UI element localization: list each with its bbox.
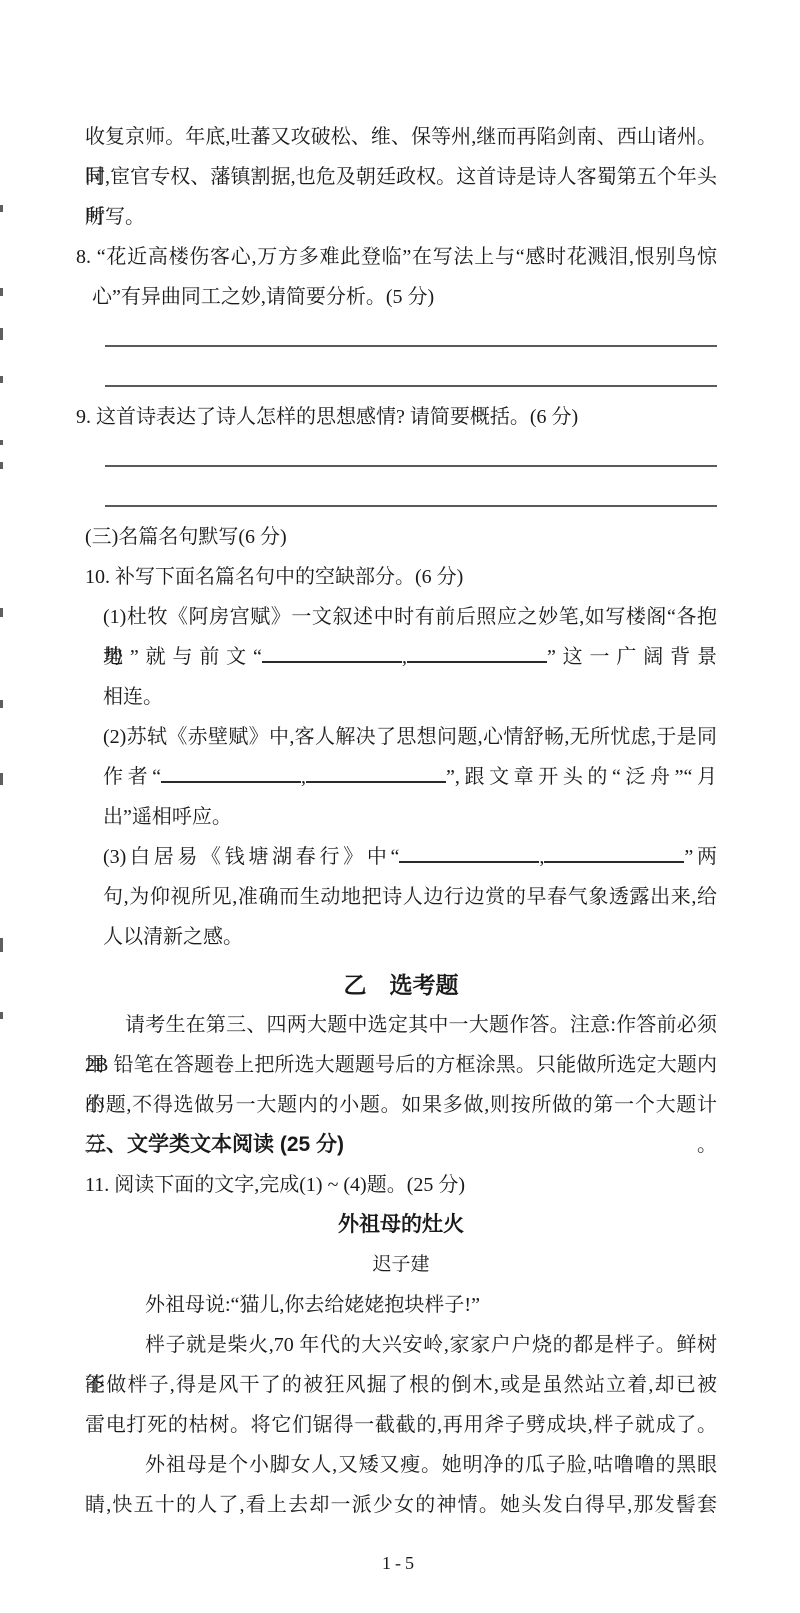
passage-title: 外祖母的灶火 [85, 1205, 717, 1245]
intro-line: 时,宦官专权、藩镇割据,也危及朝廷政权。这首诗是诗人客蜀第五个年头时 [85, 157, 717, 197]
answer-line [105, 317, 717, 357]
scan-artifact [0, 205, 3, 212]
fill-in-blank [407, 647, 547, 663]
scan-artifact [0, 288, 3, 296]
fill-in-blank [544, 847, 684, 863]
item-line: 作者“,”,跟文章开头的“泛舟”“月 [103, 757, 717, 797]
intro-paragraph: 收复京师。年底,吐蕃又攻破松、维、保等州,继而再陷剑南、西山诸州。同 时,宦官专… [85, 117, 717, 237]
passage-line: 能做柈子,得是风干了的被狂风掘了根的倒木,或是虽然站立着,却已被 [85, 1365, 717, 1405]
scan-artifact [0, 440, 3, 445]
passage-paragraph-3: 外祖母是个小脚女人,又矮又瘦。她明净的瓜子脸,咕噜噜的黑眼 睛,快五十的人了,看… [85, 1445, 717, 1525]
passage-line: 睛,快五十的人了,看上去却一派少女的神情。她头发白得早,那发髻套 [85, 1485, 717, 1525]
scan-artifact [0, 938, 3, 952]
scan-artifact [0, 376, 3, 383]
item-line: (2)苏轼《赤壁赋》中,客人解决了思想问题,心情舒畅,无所忧虑,于是同 [103, 717, 717, 757]
candidate-notice: 请考生在第三、四两大题中选定其中一大题作答。注意:作答前必须用 2B 铅笔在答题… [85, 1005, 717, 1125]
passage-paragraph-2: 柈子就是柴火,70 年代的大兴安岭,家家户户烧的都是柈子。鲜树不 能做柈子,得是… [85, 1325, 717, 1445]
question-8: 8. “花近高楼伤客心,万方多难此登临”在写法上与“感时花溅泪,恨别鸟惊 心”有… [76, 237, 717, 317]
question-8-line: 心”有异曲同工之妙,请简要分析。(5 分) [76, 277, 717, 317]
item-line: (3)白居易《钱塘湖春行》中“,”两 [103, 837, 717, 877]
scan-artifact [0, 1012, 3, 1019]
intro-line: 收复京师。年底,吐蕃又攻破松、维、保等州,继而再陷剑南、西山诸州。同 [85, 117, 717, 157]
fill-in-blank [161, 767, 301, 783]
item-text: 作者“ [103, 766, 161, 788]
page-number: 1-5 [0, 1543, 800, 1583]
part-b-heading: 乙 选考题 [85, 965, 717, 1005]
fill-in-blank [399, 847, 539, 863]
answer-line [105, 437, 717, 477]
scan-artifact [0, 328, 3, 340]
exam-page: 收复京师。年底,吐蕃又攻破松、维、保等州,继而再陷剑南、西山诸州。同 时,宦官专… [0, 0, 800, 1613]
item-text: ”,跟文章开头的“泛舟”“月 [446, 766, 717, 788]
section-3-heading: (三)名篇名句默写(6 分) [85, 517, 717, 557]
question-11-stem: 11. 阅读下面的文字,完成(1) ~ (4)题。(25 分) [85, 1165, 717, 1205]
question-9-line: 9. 这首诗表达了诗人怎样的思想感情? 请简要概括。(6 分) [76, 397, 717, 437]
scan-artifact [0, 773, 3, 785]
item-line: 相连。 [103, 677, 717, 717]
item-line: 出”遥相呼应。 [103, 797, 717, 837]
item-line: 人以清新之感。 [103, 917, 717, 957]
page-body: 收复京师。年底,吐蕃又攻破松、维、保等州,继而再陷剑南、西山诸州。同 时,宦官专… [85, 117, 717, 1525]
item-text: (3)白居易《钱塘湖春行》中“ [103, 846, 399, 868]
passage-line: 柈子就是柴火,70 年代的大兴安岭,家家户户烧的都是柈子。鲜树不 [85, 1325, 717, 1365]
item-line: 句,为仰视所见,准确而生动地把诗人边行边赏的早春气象透露出来,给 [103, 877, 717, 917]
question-10-item-1: (1)杜牧《阿房宫赋》一文叙述中时有前后照应之妙笔,如写楼阁“各抱地 势”就与前… [103, 597, 717, 717]
question-10-item-3: (3)白居易《钱塘湖春行》中“,”两 句,为仰视所见,准确而生动地把诗人边行边赏… [103, 837, 717, 957]
passage-line: 外祖母是个小脚女人,又矮又瘦。她明净的瓜子脸,咕噜噜的黑眼 [85, 1445, 717, 1485]
item-line: 势”就与前文“,”这一广阔背景 [103, 637, 717, 677]
notice-line: 请考生在第三、四两大题中选定其中一大题作答。注意:作答前必须用 [85, 1005, 717, 1045]
question-10-stem: 10. 补写下面名篇名句中的空缺部分。(6 分) [85, 557, 717, 597]
passage-line: 外祖母说:“猫儿,你去给姥姥抱块柈子!” [85, 1285, 717, 1325]
fill-in-blank [262, 647, 402, 663]
item-text: 势”就与前文“ [103, 646, 262, 668]
passage-line: 雷电打死的枯树。将它们锯得一截截的,再用斧子劈成块,柈子就成了。 [85, 1405, 717, 1445]
question-8-line: 8. “花近高楼伤客心,万方多难此登临”在写法上与“感时花溅泪,恨别鸟惊 [76, 237, 717, 277]
item-text: ”这一广阔背景 [547, 646, 717, 668]
question-10-item-2: (2)苏轼《赤壁赋》中,客人解决了思想问题,心情舒畅,无所忧虑,于是同 作者“,… [103, 717, 717, 837]
answer-line [105, 357, 717, 397]
scan-artifact [0, 608, 3, 617]
notice-line: 小题,不得选做另一大题内的小题。如果多做,则按所做的第一个大题计分。 [85, 1085, 717, 1125]
passage-author: 迟子建 [85, 1245, 717, 1285]
fill-in-blank [306, 767, 446, 783]
item-line: (1)杜牧《阿房宫赋》一文叙述中时有前后照应之妙笔,如写楼阁“各抱地 [103, 597, 717, 637]
answer-line [105, 477, 717, 517]
intro-line: 所写。 [85, 197, 717, 237]
notice-line: 2B 铅笔在答题卷上把所选大题题号后的方框涂黑。只能做所选定大题内的 [85, 1045, 717, 1085]
item-text: ”两 [684, 846, 717, 868]
question-9: 9. 这首诗表达了诗人怎样的思想感情? 请简要概括。(6 分) [76, 397, 717, 437]
scan-artifact [0, 462, 3, 469]
scan-artifact [0, 700, 3, 708]
passage-paragraph-1: 外祖母说:“猫儿,你去给姥姥抱块柈子!” [85, 1285, 717, 1325]
